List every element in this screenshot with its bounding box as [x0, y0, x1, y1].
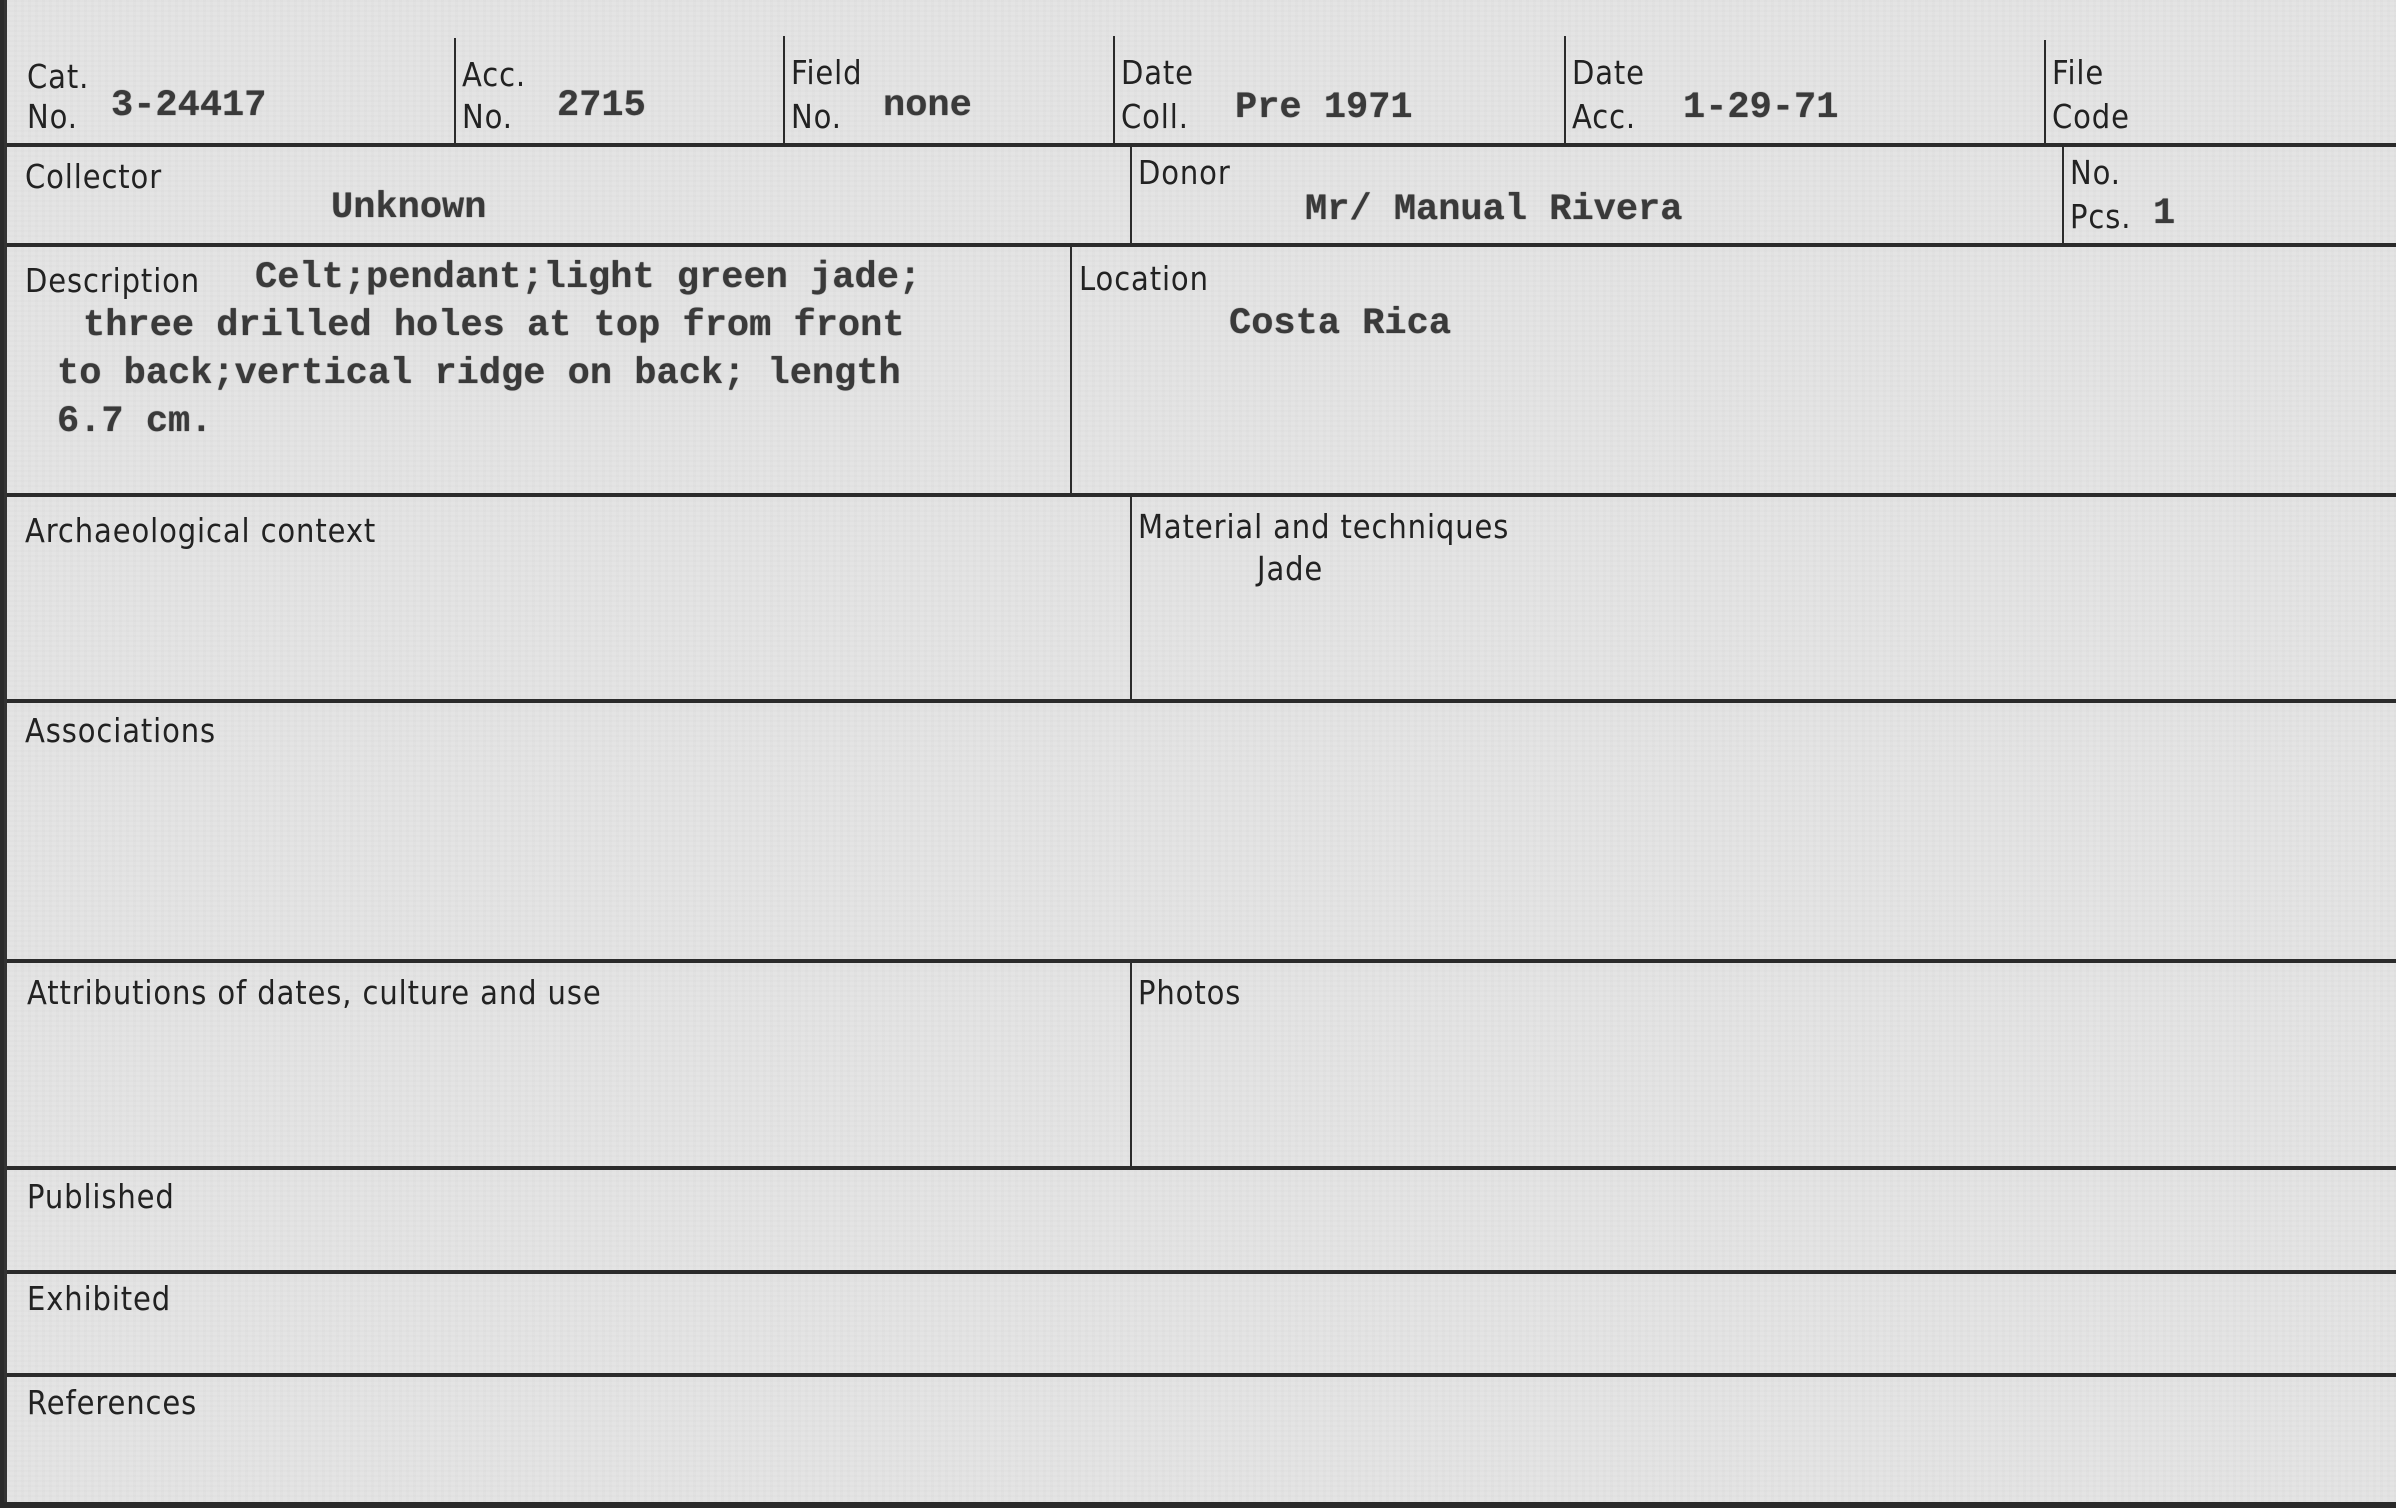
- description-line-1: Celt;pendant;light green jade;: [255, 254, 921, 302]
- date-coll-label-bottom: Coll.: [1121, 100, 1189, 133]
- donor-label: Donor: [1138, 156, 1231, 189]
- divider-collector-donor: [1130, 145, 1132, 245]
- acc-no-label-top: Acc.: [462, 58, 526, 91]
- published-label: Published: [27, 1180, 175, 1213]
- acc-no-value: 2715: [557, 88, 646, 125]
- divider-datecoll-dateacc: [1564, 36, 1566, 145]
- associations-label: Associations: [25, 714, 216, 747]
- divider-field-datecoll: [1113, 36, 1115, 145]
- field-no-label-bottom: No.: [791, 100, 842, 133]
- exhibited-label: Exhibited: [27, 1282, 171, 1315]
- material-value: Jade: [1257, 552, 1323, 585]
- date-acc-label-bottom: Acc.: [1572, 100, 1636, 133]
- divider-donor-pcs: [2062, 145, 2064, 245]
- rule-context-bottom: [7, 699, 2396, 703]
- date-coll-value: Pre 1971: [1235, 90, 1413, 127]
- cat-no-label-bottom: No.: [27, 100, 78, 133]
- divider-context-material: [1130, 495, 1132, 701]
- file-code-label-bottom: Code: [2052, 100, 2130, 133]
- field-no-label-top: Field: [791, 56, 862, 89]
- divider-description-location: [1070, 245, 1072, 495]
- attributions-label: Attributions of dates, culture and use: [27, 976, 602, 1009]
- field-no-value: none: [883, 88, 972, 125]
- cat-no-label-top: Cat.: [27, 60, 89, 93]
- divider-attributions-photos: [1130, 961, 1132, 1168]
- date-acc-label-top: Date: [1572, 56, 1645, 89]
- archaeological-context-label: Archaeological context: [25, 514, 376, 547]
- description-line-2: three drilled holes at top from front: [83, 302, 905, 350]
- rule-exhibited-bottom: [7, 1373, 2396, 1377]
- rule-published-bottom: [7, 1270, 2396, 1274]
- rule-description-bottom: [7, 493, 2396, 497]
- catalog-card: Cat. No. 3-24417 Acc. No. 2715 Field No.…: [4, 0, 2396, 1502]
- divider-cat-acc: [454, 38, 456, 145]
- date-acc-value: 1-29-71: [1683, 90, 1838, 127]
- acc-no-label-bottom: No.: [462, 100, 513, 133]
- rule-collector-bottom: [7, 243, 2396, 247]
- rule-attributions-bottom: [7, 1166, 2396, 1170]
- divider-acc-field: [783, 36, 785, 145]
- divider-dateacc-filecode: [2044, 40, 2046, 145]
- donor-value: Mr/ Manual Rivera: [1305, 192, 1682, 229]
- location-value: Costa Rica: [1229, 306, 1451, 343]
- material-label: Material and techniques: [1138, 510, 1509, 543]
- collector-value: Unknown: [331, 190, 486, 227]
- references-label: References: [27, 1386, 197, 1419]
- file-code-label-top: File: [2052, 56, 2104, 89]
- rule-associations-bottom: [7, 959, 2396, 963]
- description-label: Description: [25, 264, 200, 297]
- no-pcs-value: 1: [2153, 196, 2175, 233]
- no-pcs-label-top: No.: [2070, 156, 2121, 189]
- collector-label: Collector: [25, 160, 162, 193]
- no-pcs-label-bottom: Pcs.: [2070, 200, 2131, 233]
- photos-label: Photos: [1138, 976, 1241, 1009]
- description-line-4: 6.7 cm.: [57, 398, 212, 446]
- description-line-3: to back;vertical ridge on back; length: [57, 350, 901, 398]
- date-coll-label-top: Date: [1121, 56, 1194, 89]
- cat-no-value: 3-24417: [111, 88, 266, 125]
- rule-header-bottom: [7, 143, 2396, 147]
- location-label: Location: [1079, 262, 1209, 295]
